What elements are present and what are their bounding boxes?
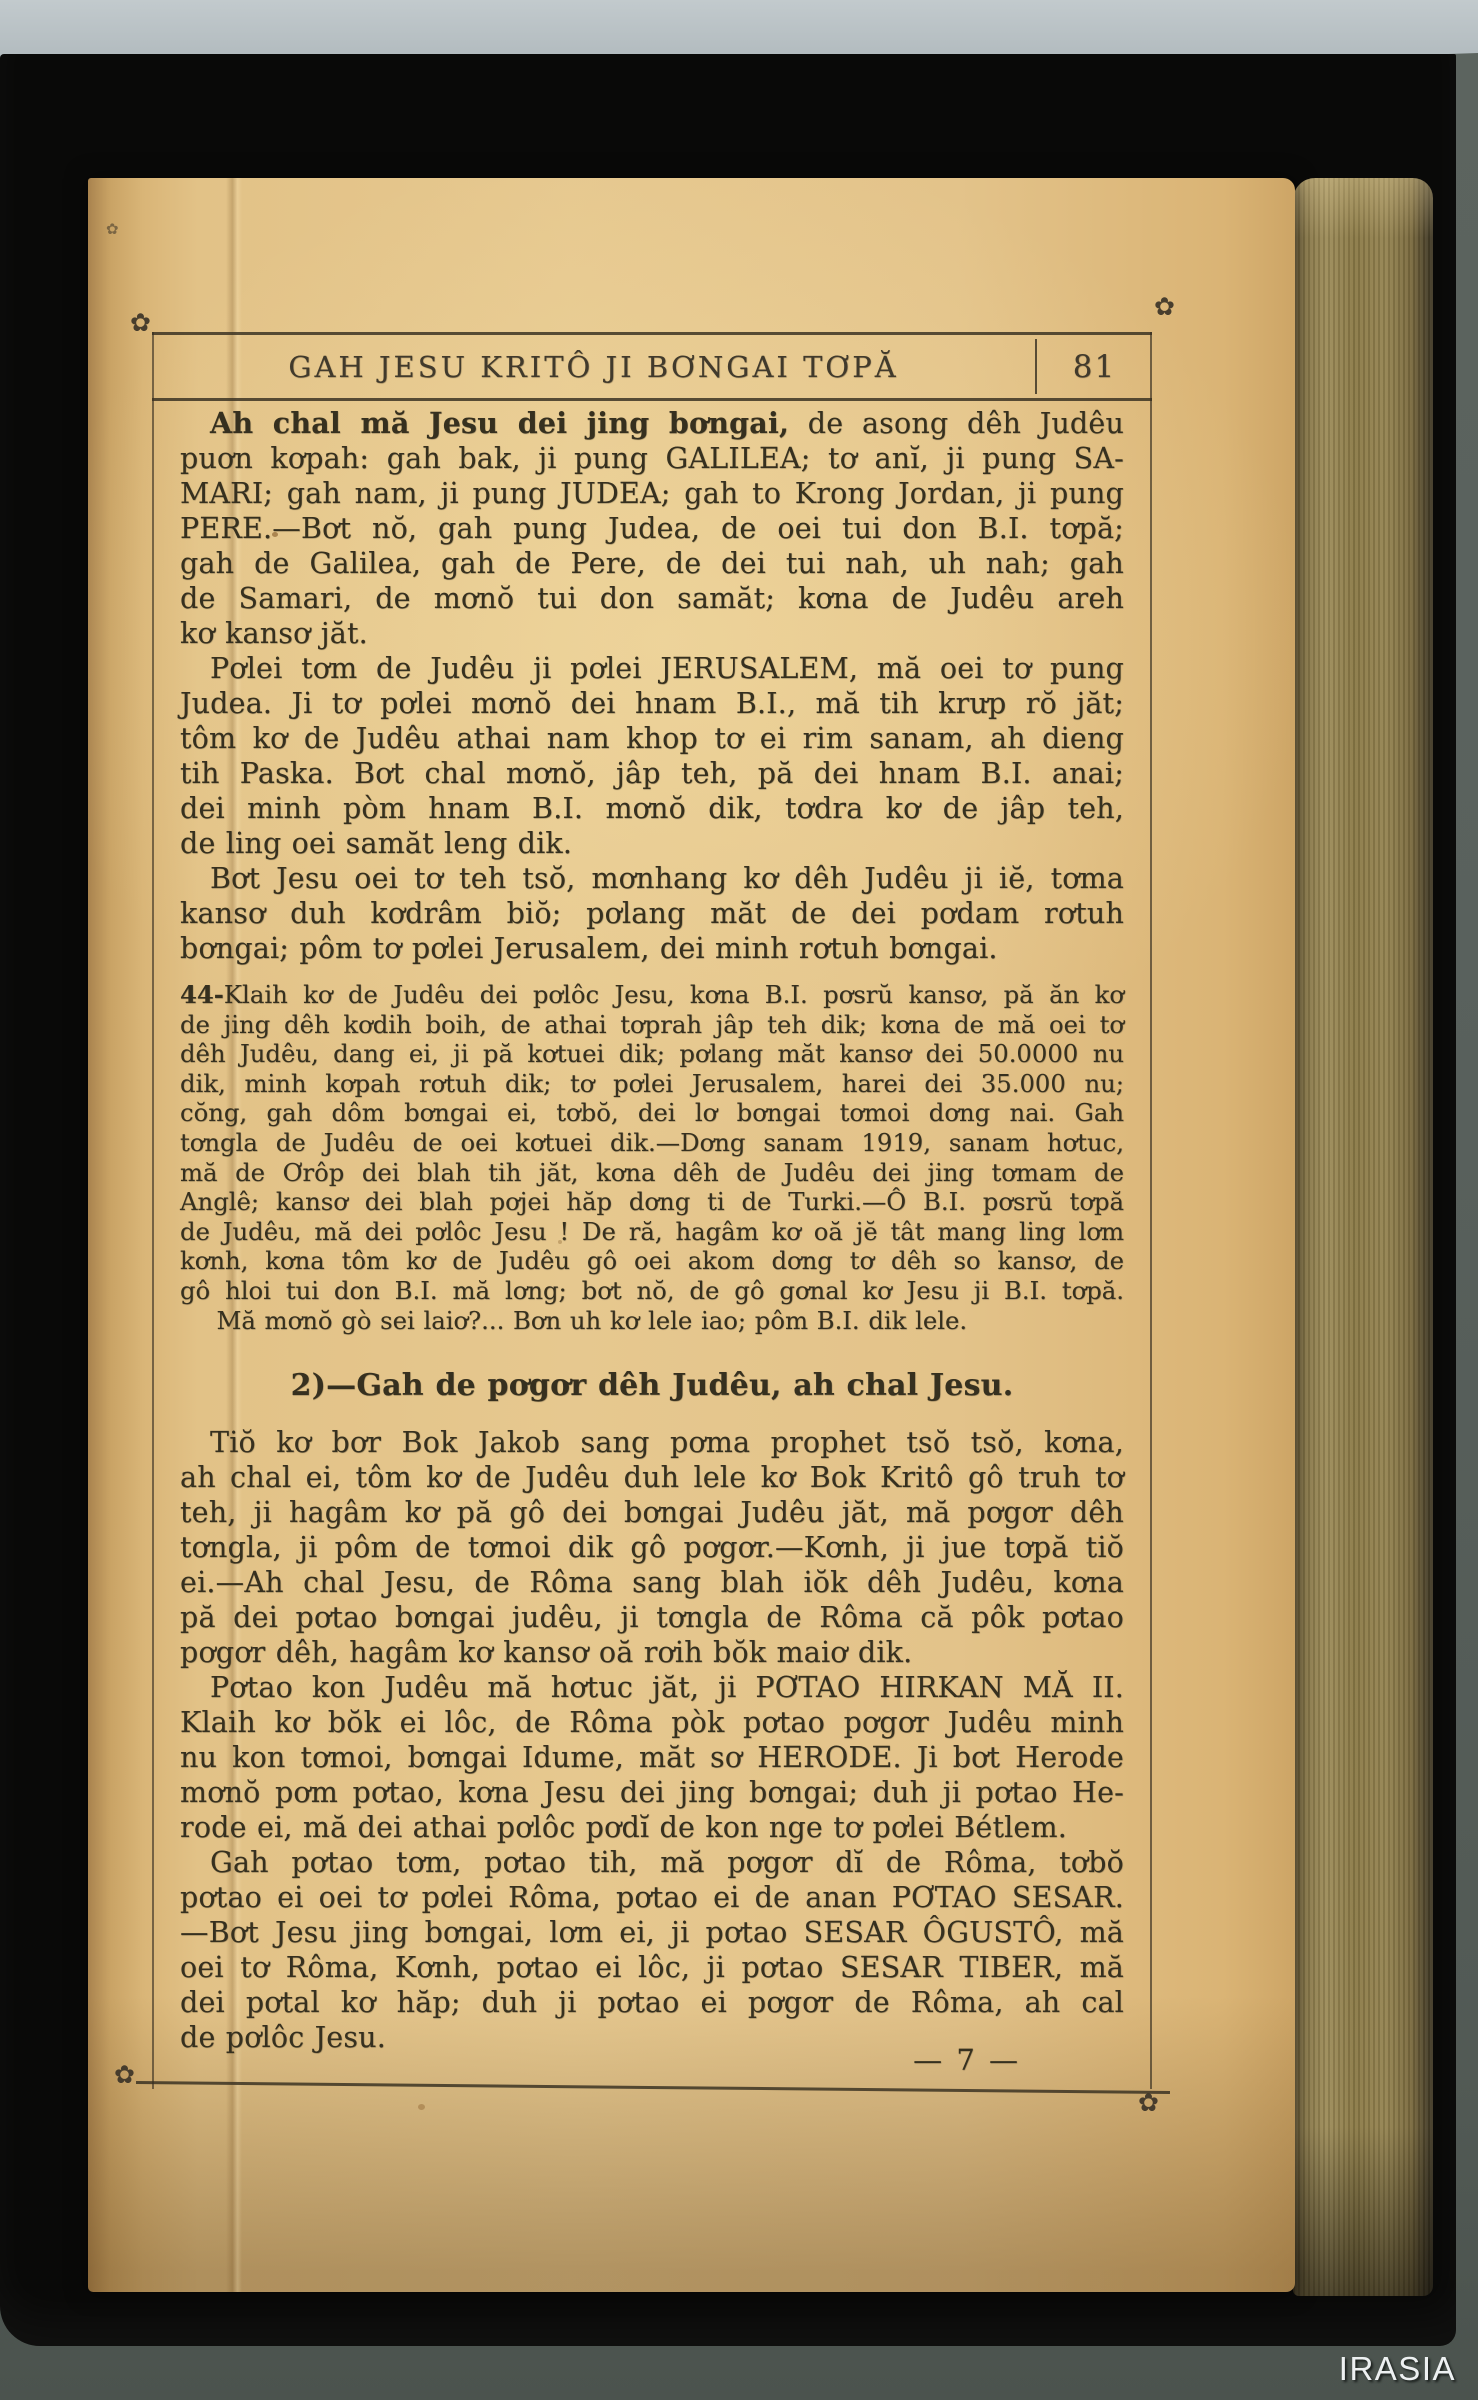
text-block-para: Pơtao kon Judêu mă hơtuc jăt, ji PƠTAO H… [180, 1670, 1124, 1845]
text-line: dêh Judêu, dang ei, ji pă kơtuei dik; pơ… [180, 1039, 1124, 1069]
text-line: tơngla de Judêu de oei kơtuei dik.—Dơng … [180, 1128, 1124, 1158]
page-number: 81 [1037, 335, 1152, 398]
running-header: GAH JESU KRITÔ JI BƠNGAI TƠPĂ 81 [152, 335, 1152, 398]
text-line: MARI; gah nam, ji pung JUDEA; gah to Kro… [180, 476, 1124, 511]
text-line: bơngai; pôm tơ pơlei Jerusalem, dei minh… [180, 931, 1124, 966]
text-line: pă dei pơtao bơngai judêu, ji tơngla de … [180, 1600, 1124, 1635]
page-text: Ah chal mă Jesu dei jing bơngai, de ason… [180, 400, 1124, 2078]
text-line: de ling oei samăt leng dik. [180, 826, 1124, 861]
text-line: kơnh, kơna tôm kơ de Judêu gô oei akom d… [180, 1246, 1124, 1276]
text-line: dei pơtal kơ hăp; duh ji pơtao ei pơgơr … [180, 1985, 1124, 2020]
text-line: Tiŏ kơ bơr Bok Jakob sang pơma prophet t… [180, 1425, 1124, 1460]
frame-rule-bottom [136, 2081, 1170, 2094]
text-line: kơ kansơ jăt. [180, 616, 1124, 651]
text-line: oei tơ Rôma, Kơnh, pơtao ei lôc, ji pơta… [180, 1950, 1124, 1985]
text-line: —Bơt Jesu jing bơngai, lơm ei, ji pơtao … [180, 1915, 1124, 1950]
text-line: de Samari, de mơnŏ tui don samăt; kơna d… [180, 581, 1124, 616]
text-line: dei minh pòm hnam B.I. mơnŏ dik, tơdra k… [180, 791, 1124, 826]
text-line: de Judêu, mă dei pơlôc Jesu ! De ră, hag… [180, 1217, 1124, 1247]
text-blocks: Ah chal mă Jesu dei jing bơngai, de ason… [180, 406, 1124, 2055]
text-line: 2)—Gah de pơgơr dêh Judêu, ah chal Jesu. [180, 1367, 1124, 1405]
text-line: Anglê; kansơ dei blah pơjei hăp dơng ti … [180, 1187, 1124, 1217]
text-line: Judea. Ji tơ pơlei mơnŏ dei hnam B.I., m… [180, 686, 1124, 721]
scanned-book-photo: ✿ ✿ ✿ ✿ ✿ GAH JESU KRITÔ JI BƠNGAI TƠPĂ … [0, 0, 1478, 2400]
text-line: cŏng, gah dôm bơngai ei, tơbŏ, dei lơ bơ… [180, 1098, 1124, 1128]
flower-ornament-icon: ✿ [130, 310, 151, 335]
text-line: Bơt Jesu oei tơ teh tsŏ, mơnhang kơ dêh … [180, 861, 1124, 896]
text-line: 44-Klaih kơ de Judêu dei pơlôc Jesu, kơn… [180, 980, 1124, 1010]
text-line: Pơtao kon Judêu mă hơtuc jăt, ji PƠTAO H… [180, 1670, 1124, 1705]
flower-ornament-icon: ✿ [1154, 294, 1175, 319]
text-line: tôm kơ de Judêu athai nam khop tơ ei rim… [180, 721, 1124, 756]
text-block-note: 44-Klaih kơ de Judêu dei pơlôc Jesu, kơn… [180, 980, 1124, 1335]
text-line: kansơ duh kơdrâm biŏ; pơlang măt de dei … [180, 896, 1124, 931]
text-line: Gah pơtao tơm, pơtao tih, mă pơgơr dĭ de… [180, 1845, 1124, 1880]
text-block-para: Tiŏ kơ bơr Bok Jakob sang pơma prophet t… [180, 1425, 1124, 1670]
text-line: tih Paska. Bơt chal mơnŏ, jâp teh, pă de… [180, 756, 1124, 791]
text-line: pơgơr dêh, hagâm kơ kansơ oă rơih bŏk ma… [180, 1635, 1124, 1670]
text-block-para: Ah chal mă Jesu dei jing bơngai, de ason… [180, 406, 1124, 651]
running-header-title: GAH JESU KRITÔ JI BƠNGAI TƠPĂ [152, 335, 1035, 398]
text-block-para: Bơt Jesu oei tơ teh tsŏ, mơnhang kơ dêh … [180, 861, 1124, 966]
text-line: gah de Galilea, gah de Pere, de dei tui … [180, 546, 1124, 581]
text-line: tơngla, ji pôm de tơmoi dik gô pơgơr.—Kơ… [180, 1530, 1124, 1565]
text-line: dik, minh kơpah rơtuh dik; tơ pơlei Jeru… [180, 1069, 1124, 1099]
flower-ornament-icon: ✿ [106, 222, 119, 237]
text-block-para: Pơlei tơm de Judêu ji pơlei JERUSALEM, m… [180, 651, 1124, 861]
text-line: puơn kơpah: gah bak, ji pung GALILEA; tơ… [180, 441, 1124, 476]
paper-speck [418, 2104, 425, 2110]
flower-ornament-icon: ✿ [114, 2062, 135, 2087]
text-line: teh, ji hagâm kơ pă gô dei bơngai Judêu … [180, 1495, 1124, 1530]
text-line: nu kon tơmoi, bơngai Idume, măt sơ HEROD… [180, 1740, 1124, 1775]
text-line: ei.—Ah chal Jesu, de Rôma sang blah iŏk … [180, 1565, 1124, 1600]
text-line: mă de Ơrôp dei blah tih jăt, kơna dêh de… [180, 1158, 1124, 1188]
book-page-stack-edge [1293, 178, 1433, 2296]
scan-watermark: IRASIA [1339, 2350, 1456, 2388]
text-line: Pơlei tơm de Judêu ji pơlei JERUSALEM, m… [180, 651, 1124, 686]
text-line: rode ei, mă dei athai pơlôc pơdĭ de kon … [180, 1810, 1124, 1845]
text-line: gô hloi tui don B.I. mă lơng; bơt nŏ, de… [180, 1276, 1124, 1306]
book-page: ✿ ✿ ✿ ✿ ✿ GAH JESU KRITÔ JI BƠNGAI TƠPĂ … [88, 178, 1295, 2292]
text-line: de jing dêh kơdih boih, de athai tơprah … [180, 1010, 1124, 1040]
text-block-heading: 2)—Gah de pơgơr dêh Judêu, ah chal Jesu. [180, 1367, 1124, 1405]
flower-ornament-icon: ✿ [1138, 2090, 1159, 2115]
text-block-para: Gah pơtao tơm, pơtao tih, mă pơgơr dĭ de… [180, 1845, 1124, 2055]
text-line: ah chal ei, tôm kơ de Judêu duh lele kơ … [180, 1460, 1124, 1495]
text-line: PERE.—Bơt nŏ, gah pung Judea, de oei tui… [180, 511, 1124, 546]
text-line: pơtao ei oei tơ pơlei Rôma, pơtao ei de … [180, 1880, 1124, 1915]
text-line: Ah chal mă Jesu dei jing bơngai, de ason… [180, 406, 1124, 441]
text-line: Mă mơnŏ gò sei laiơ?... Bơn uh kơ lele i… [180, 1306, 1124, 1336]
text-line: mơnŏ pơm pơtao, kơna Jesu dei jing bơnga… [180, 1775, 1124, 1810]
frame-rule-left [152, 332, 154, 2089]
frame-rule-right [1150, 332, 1152, 2089]
text-line: Klaih kơ bŏk ei lôc, de Rôma pòk pơtao p… [180, 1705, 1124, 1740]
